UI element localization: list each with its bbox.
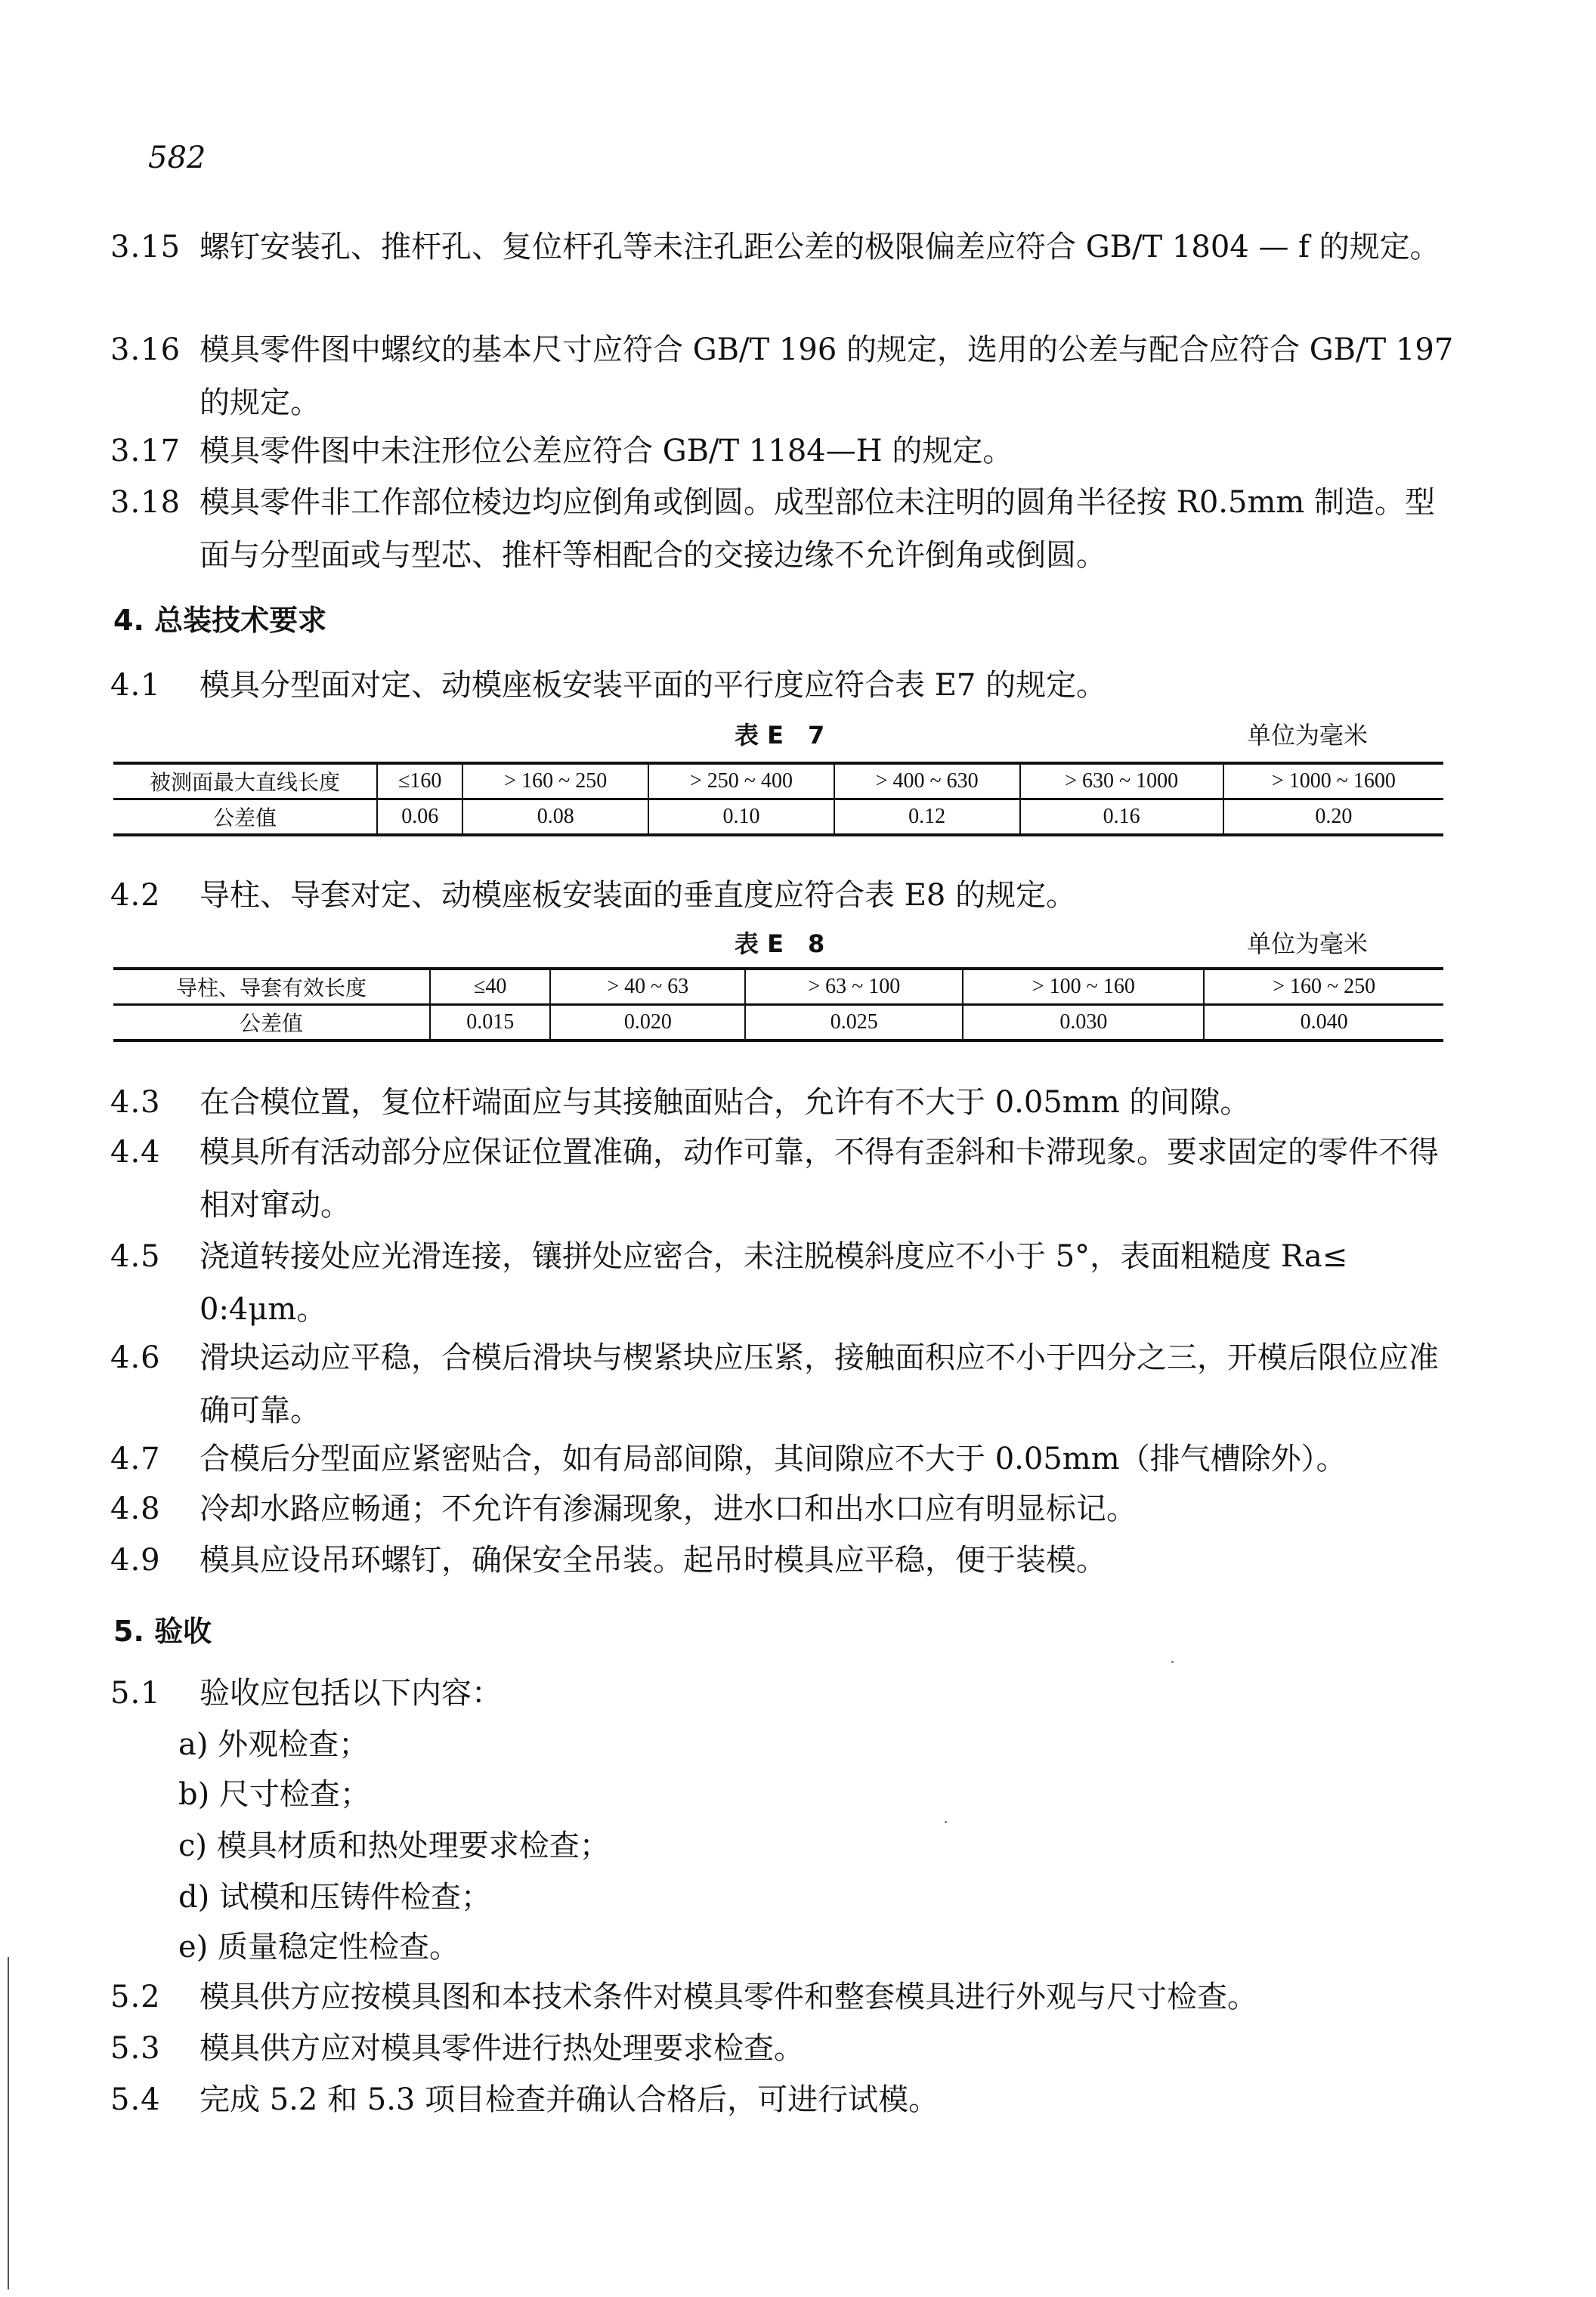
clause-number: 3.18 (110, 476, 193, 529)
clause-4-7: 4.7 合模后分型面应紧密贴合，如有局部间隙，其间隙应不大于 0.05mm（排气… (110, 1433, 1463, 1485)
section-heading-5: 5. 验收 (113, 1608, 212, 1649)
clause-number: 3.16 (110, 323, 193, 376)
table-cell: 导柱、导套有效长度 (113, 969, 430, 1005)
table-cell: 0.20 (1223, 799, 1443, 836)
scan-speck (945, 1821, 947, 1823)
clause-5-4: 5.4 完成 5.2 和 5.3 项目检查并确认合格后，可进行试模。 (110, 2073, 1463, 2126)
clause-5-1: 5.1 验收应包括以下内容： (110, 1667, 1463, 1720)
clause-number: 4.7 (110, 1433, 193, 1485)
table-cell: 被测面最大直线长度 (113, 763, 377, 799)
clause-text: 滑块运动应平稳，合模后滑块与楔紧块应压紧，接触面积应不小于四分之三，开模后限位应… (199, 1331, 1463, 1437)
table-e8: 导柱、导套有效长度 ≤40 > 40 ~ 63 > 63 ~ 100 > 100… (113, 967, 1443, 1042)
table-cell: 0.020 (550, 1005, 745, 1041)
table-header-row: 导柱、导套有效长度 ≤40 > 40 ~ 63 > 63 ~ 100 > 100… (113, 969, 1443, 1005)
clause-number: 4.3 (110, 1076, 193, 1129)
clause-number: 4.4 (110, 1126, 193, 1179)
table-cell: > 100 ~ 160 (963, 969, 1204, 1005)
table-cell: > 250 ~ 400 (648, 763, 834, 799)
clause-number: 3.17 (110, 425, 193, 478)
clause-number: 4.6 (110, 1331, 193, 1384)
clause-4-5: 4.5 浇道转接处应光滑连接，镶拼处应密合，未注脱模斜度应不小于 5°，表面粗糙… (110, 1230, 1463, 1336)
clause-4-3: 4.3 在合模位置，复位杆端面应与其接触面贴合，允许有不大于 0.05mm 的间… (110, 1076, 1463, 1129)
table-cell: > 160 ~ 250 (1204, 969, 1443, 1005)
clause-text: 模具所有活动部分应保证位置准确，动作可靠，不得有歪斜和卡滞现象。要求固定的零件不… (199, 1126, 1463, 1232)
table-e8-caption: 表 E 8 (735, 925, 824, 960)
table-cell: > 400 ~ 630 (834, 763, 1020, 799)
table-cell: 0.06 (377, 799, 462, 836)
table-e7-unit: 单位为毫米 (1247, 716, 1368, 751)
table-cell: 公差值 (113, 1005, 430, 1041)
table-e7: 被测面最大直线长度 ≤160 > 160 ~ 250 > 250 ~ 400 >… (113, 762, 1443, 836)
table-row: 公差值 0.06 0.08 0.10 0.12 0.16 0.20 (113, 799, 1443, 836)
clause-text: 模具应设吊环螺钉，确保安全吊装。起吊时模具应平稳，便于装模。 (199, 1534, 1463, 1587)
clause-4-6: 4.6 滑块运动应平稳，合模后滑块与楔紧块应压紧，接触面积应不小于四分之三，开模… (110, 1331, 1463, 1437)
clause-4-9: 4.9 模具应设吊环螺钉，确保安全吊装。起吊时模具应平稳，便于装模。 (110, 1534, 1463, 1587)
table-cell: 0.16 (1020, 799, 1223, 836)
table-cell: 0.015 (430, 1005, 550, 1041)
clause-number: 4.1 (110, 659, 193, 712)
clause-text: 模具供方应按模具图和本技术条件对模具零件和整套模具进行外观与尺寸检查。 (199, 1971, 1463, 2023)
clause-text: 浇道转接处应光滑连接，镶拼处应密合，未注脱模斜度应不小于 5°，表面粗糙度 Ra… (199, 1230, 1463, 1336)
clause-number: 5.4 (110, 2073, 193, 2126)
clause-4-1: 4.1 模具分型面对定、动模座板安装平面的平行度应符合表 E7 的规定。 (110, 659, 1463, 712)
clause-number: 4.5 (110, 1230, 193, 1283)
table-cell: > 63 ~ 100 (745, 969, 963, 1005)
section-heading-4: 4. 总装技术要求 (113, 597, 326, 638)
table-cell: 0.040 (1204, 1005, 1443, 1041)
table-row: 公差值 0.015 0.020 0.025 0.030 0.040 (113, 1005, 1443, 1041)
sub-item-d: d) 试模和压铸件检查； (178, 1871, 491, 1924)
clause-text: 模具供方应对模具零件进行热处理要求检查。 (199, 2022, 1463, 2075)
clause-4-8: 4.8 冷却水路应畅通；不允许有渗漏现象，进水口和出水口应有明显标记。 (110, 1482, 1463, 1535)
clause-text: 螺钉安装孔、推杆孔、复位杆孔等未注孔距公差的极限偏差应符合 GB/T 1804 … (199, 221, 1463, 274)
clause-text: 模具零件图中未注形位公差应符合 GB/T 1184—H 的规定。 (199, 425, 1463, 478)
clause-number: 4.9 (110, 1534, 193, 1587)
sub-item-e: e) 质量稳定性检查。 (178, 1921, 459, 1974)
clause-3-17: 3.17 模具零件图中未注形位公差应符合 GB/T 1184—H 的规定。 (110, 425, 1463, 478)
table-e8-unit: 单位为毫米 (1247, 925, 1368, 960)
clause-number: 5.1 (110, 1667, 193, 1720)
clause-text: 模具分型面对定、动模座板安装平面的平行度应符合表 E7 的规定。 (199, 659, 1463, 712)
clause-5-2: 5.2 模具供方应按模具图和本技术条件对模具零件和整套模具进行外观与尺寸检查。 (110, 1971, 1463, 2023)
clause-4-2: 4.2 导柱、导套对定、动模座板安装面的垂直度应符合表 E8 的规定。 (110, 869, 1463, 922)
table-cell: 0.08 (462, 799, 648, 836)
table-cell: 0.12 (834, 799, 1020, 836)
scan-speck (1171, 1661, 1174, 1663)
sub-item-a: a) 外观检查； (178, 1718, 369, 1771)
clause-text: 导柱、导套对定、动模座板安装面的垂直度应符合表 E8 的规定。 (199, 869, 1463, 922)
table-header-row: 被测面最大直线长度 ≤160 > 160 ~ 250 > 250 ~ 400 >… (113, 763, 1443, 799)
clause-text: 在合模位置，复位杆端面应与其接触面贴合，允许有不大于 0.05mm 的间隙。 (199, 1076, 1463, 1129)
clause-text: 冷却水路应畅通；不允许有渗漏现象，进水口和出水口应有明显标记。 (199, 1482, 1463, 1535)
table-cell: ≤160 (377, 763, 462, 799)
table-cell: > 1000 ~ 1600 (1223, 763, 1443, 799)
table-cell: > 160 ~ 250 (462, 763, 648, 799)
sub-item-c: c) 模具材质和热处理要求检查； (178, 1819, 610, 1872)
clause-number: 4.2 (110, 869, 193, 922)
clause-3-16: 3.16 模具零件图中螺纹的基本尺寸应符合 GB/T 196 的规定，选用的公差… (110, 323, 1463, 429)
table-cell: > 40 ~ 63 (550, 969, 745, 1005)
table-cell: 0.025 (745, 1005, 963, 1041)
clause-text: 完成 5.2 和 5.3 项目检查并确认合格后，可进行试模。 (199, 2073, 1463, 2126)
table-cell: > 630 ~ 1000 (1020, 763, 1223, 799)
table-cell: 公差值 (113, 799, 377, 836)
page-number: 582 (148, 141, 206, 175)
clause-number: 3.15 (110, 221, 193, 274)
clause-text: 模具零件图中螺纹的基本尺寸应符合 GB/T 196 的规定，选用的公差与配合应符… (199, 323, 1463, 429)
clause-number: 4.8 (110, 1482, 193, 1535)
table-cell: 0.030 (963, 1005, 1204, 1041)
table-cell: 0.10 (648, 799, 834, 836)
clause-text: 合模后分型面应紧密贴合，如有局部间隙，其间隙应不大于 0.05mm（排气槽除外）… (199, 1433, 1463, 1485)
table-e7-caption: 表 E 7 (735, 716, 824, 751)
clause-number: 5.2 (110, 1971, 193, 2023)
clause-text: 模具零件非工作部位棱边均应倒角或倒圆。成型部位未注明的圆角半径按 R0.5mm … (199, 476, 1463, 582)
clause-text: 验收应包括以下内容： (199, 1667, 1463, 1720)
clause-3-18: 3.18 模具零件非工作部位棱边均应倒角或倒圆。成型部位未注明的圆角半径按 R0… (110, 476, 1463, 582)
clause-number: 5.3 (110, 2022, 193, 2075)
clause-3-15: 3.15 螺钉安装孔、推杆孔、复位杆孔等未注孔距公差的极限偏差应符合 GB/T … (110, 221, 1463, 274)
scan-margin-line (8, 1957, 9, 2289)
table-cell: ≤40 (430, 969, 550, 1005)
sub-item-b: b) 尺寸检查； (178, 1768, 370, 1821)
clause-5-3: 5.3 模具供方应对模具零件进行热处理要求检查。 (110, 2022, 1463, 2075)
clause-4-4: 4.4 模具所有活动部分应保证位置准确，动作可靠，不得有歪斜和卡滞现象。要求固定… (110, 1126, 1463, 1232)
